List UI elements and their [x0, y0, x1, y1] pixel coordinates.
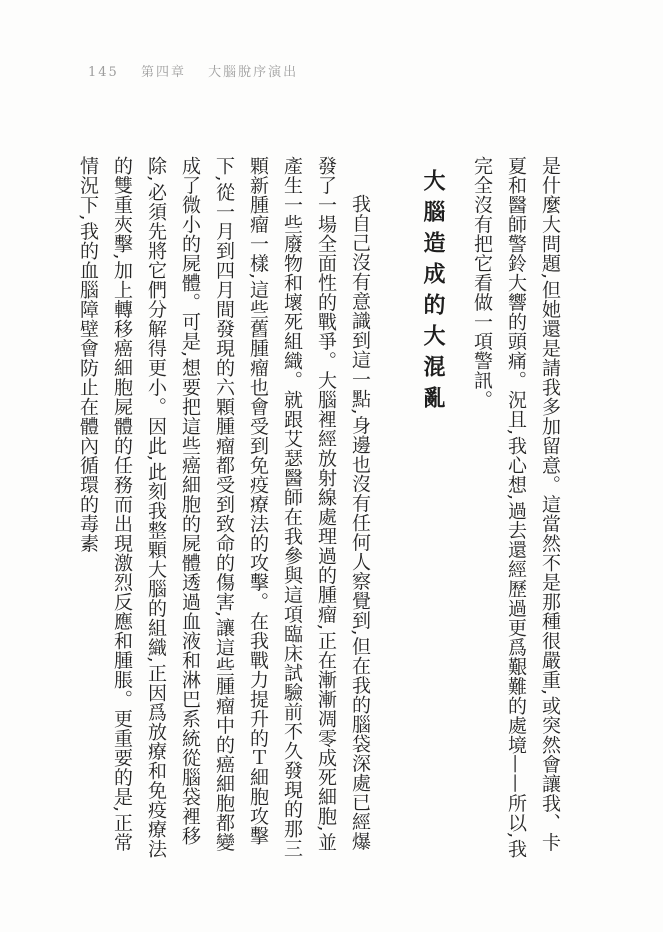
- book-page: 145 第四章 大腦脫序演出 是什麼大問題,但她還是請我多加留意。這當然不是那種…: [0, 0, 663, 932]
- chapter-label: 第四章: [141, 65, 186, 80]
- chapter-title: 大腦脫序演出: [208, 65, 298, 80]
- running-header: 145 第四章 大腦脫序演出: [88, 61, 298, 80]
- paragraph-continuation: 是什麼大問題,但她還是請我多加留意。這當然不是那種很嚴重,或突然會讓我、卡夏和醫…: [465, 156, 567, 868]
- section-heading: 大腦造成的大混亂: [411, 156, 455, 868]
- page-number: 145: [88, 65, 119, 80]
- paragraph-main: 我自己沒有意識到這一點,身邊也沒有任何人察覺到,但在我的腦袋深處已經爆發了一場全…: [71, 156, 377, 868]
- body-text-block: 是什麼大問題,但她還是請我多加留意。這當然不是那種很嚴重,或突然會讓我、卡夏和醫…: [71, 156, 567, 868]
